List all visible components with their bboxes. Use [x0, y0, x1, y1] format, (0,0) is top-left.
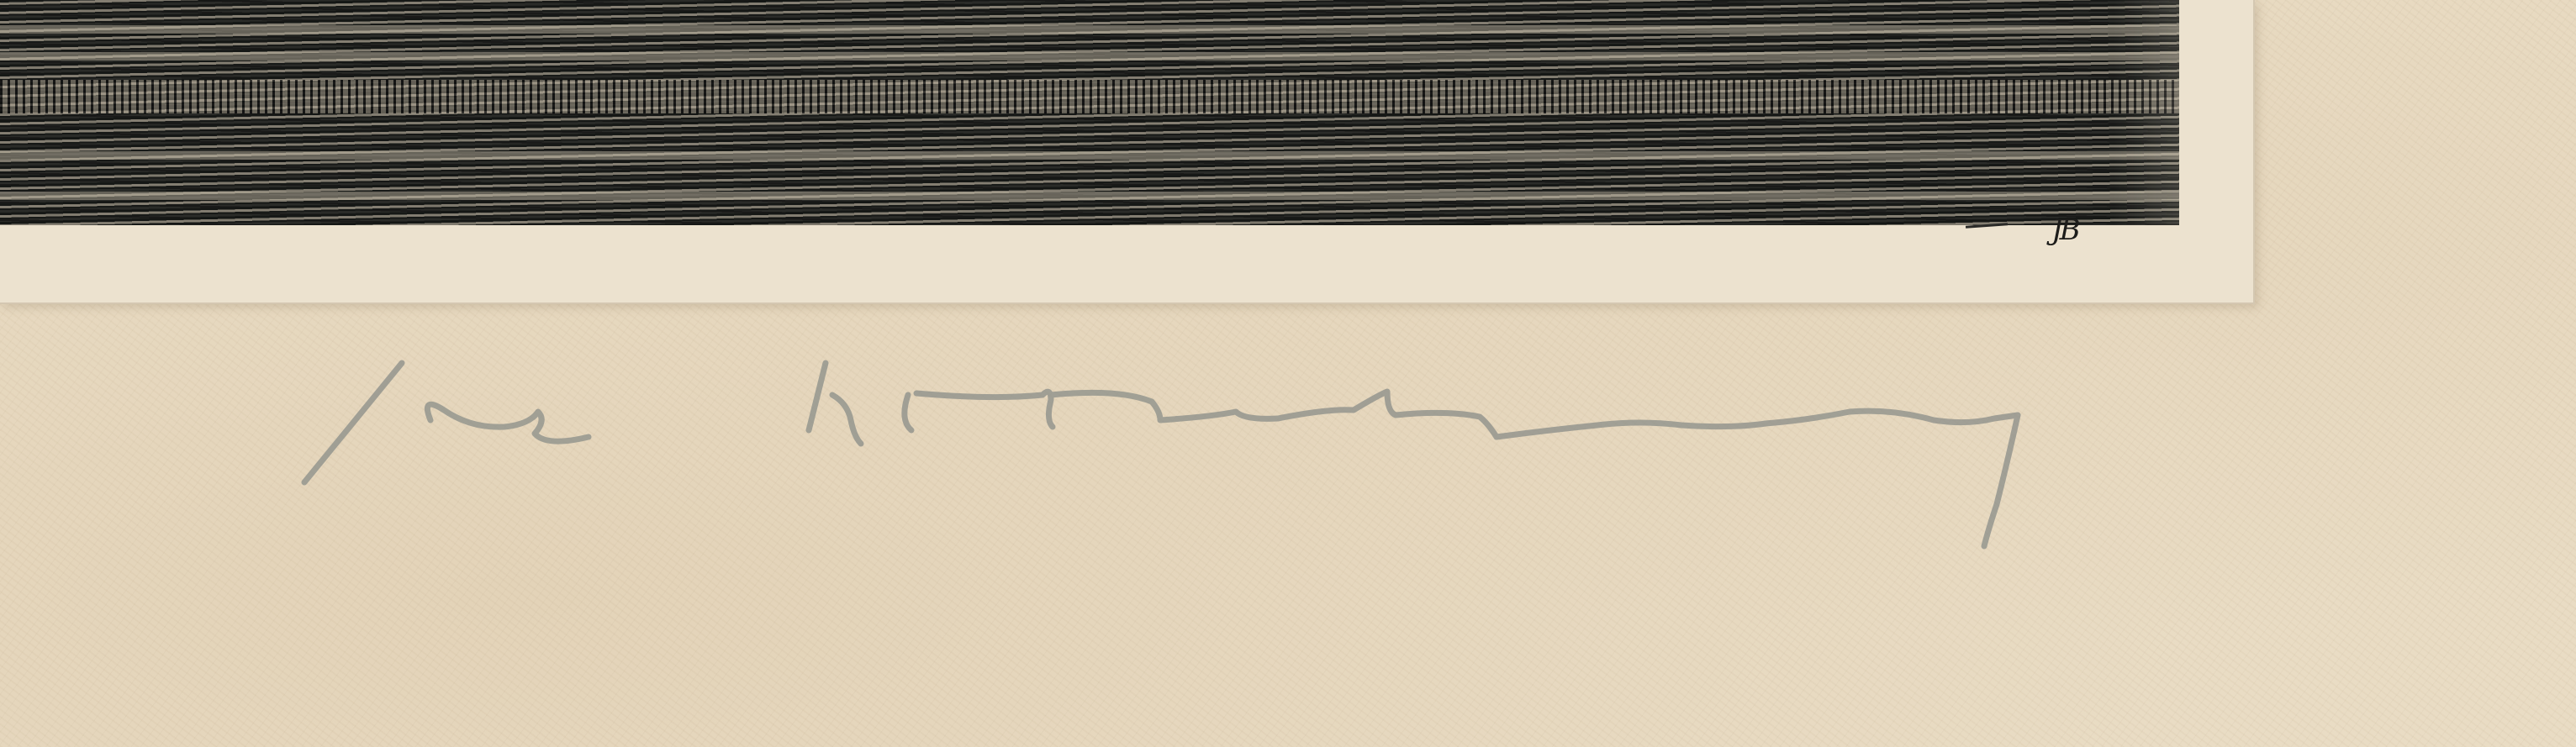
pencil-signature	[0, 0, 2576, 747]
paper-sheet: JB	[0, 0, 2576, 747]
